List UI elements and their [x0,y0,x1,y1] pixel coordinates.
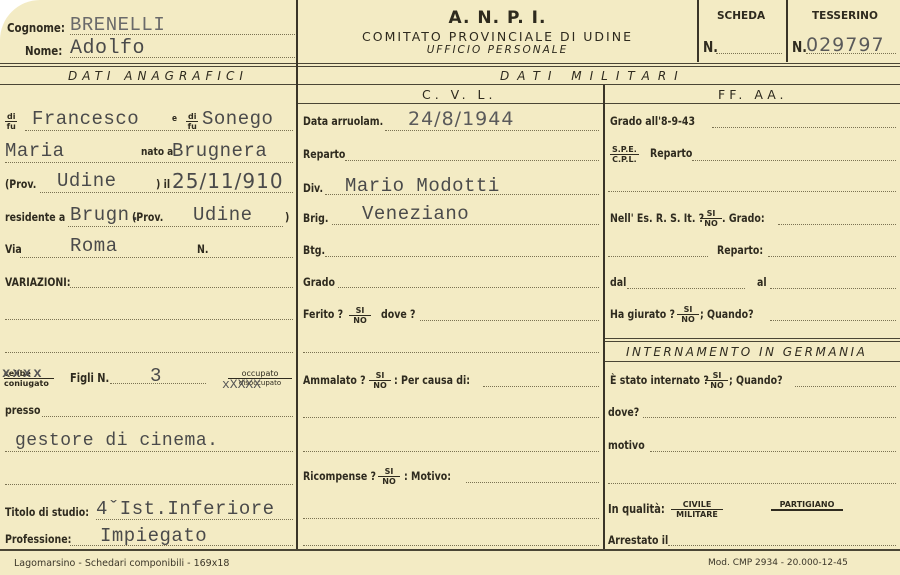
nato-label: nato a [141,145,173,158]
al-label: al [757,275,767,289]
dotline [303,451,599,452]
brig-value: Veneziano [362,203,469,225]
form-model-code: Mod. CMP 2934 - 20.000-12-45 [708,558,848,568]
presso-value: gestore di cinema. [15,431,218,451]
dotline [345,160,599,161]
scheda-dotline [716,53,782,54]
prov2-value: Udine [193,204,253,226]
professione-value: Impiegato [100,525,207,547]
cognome-dotline [70,34,295,35]
dotline [332,224,599,225]
data-arruolamento-label: Data arruolam. [303,114,383,128]
data-arruolamento-value: 24/8/1944 [408,108,514,130]
tesserino-n-label: N. [792,38,807,56]
reparto-label: Reparto [303,147,345,161]
dotline [5,484,293,485]
section-dati-militari: DATI MILITARI [500,69,686,83]
internato-si-no: SINO [706,371,728,390]
via-label: Via [5,242,22,256]
via-value: Roma [70,235,118,257]
civile-militare-fraction: CIVILE MILITARE [671,500,723,519]
prov2-close: ) [285,210,289,224]
dotline [643,417,896,418]
ricompense-label: Ricompense ? [303,469,376,483]
dotline [5,352,293,353]
div-label: Div. [303,181,323,195]
divider [697,0,699,62]
dotline [385,130,599,131]
giurato-label: Ha giurato ? [610,307,675,321]
di-fu-fraction: difu [5,112,17,131]
dove-label: dove ? [381,307,416,321]
residente-value: Brugn. [70,204,141,226]
dotline [70,287,293,288]
di-fu-fraction: difu [186,112,198,131]
dotline [608,256,708,257]
printer-credit: Lagomarsino - Schedari componibili - 169… [14,558,229,569]
disoccupato-strike: xXXXX [222,377,261,392]
dotline [608,483,896,484]
nome-dotline [70,57,295,58]
father-value: Francesco [32,108,139,130]
divider [786,0,788,62]
dotline [770,288,896,289]
btg-label: Btg. [303,243,325,257]
grado-8-9-43-label: Grado all'8-9-43 [610,114,695,128]
cognome-value: BRENELLI [70,14,165,36]
dotline [70,545,293,546]
section-ffaa: FF. AA. [718,87,788,102]
dotline [325,194,599,195]
dal-label: dal [610,275,626,289]
residente-label: residente a [5,210,65,224]
dotline [338,287,599,288]
civile-option: CIVILE [671,500,723,510]
motivo-internato-label: motivo [608,438,645,452]
militare-option: MILITARE [671,510,723,519]
dotline [303,545,599,546]
section-dati-anagrafici: DATI ANAGRAFICI [68,69,248,83]
rule [605,341,900,342]
grado-label: Grado [303,275,335,289]
rule [605,361,900,362]
ammalato-label: Ammalato ? [303,373,366,387]
celibe-strike: xxxx [2,366,44,382]
il-label: ) il [156,177,170,191]
dotline [627,288,745,289]
prov-label: (Prov. [5,177,36,191]
titolo-label: Titolo di studio: [5,505,89,519]
dotline [5,162,293,163]
rule [297,103,900,104]
qualita-label: In qualità: [608,502,665,516]
header-rule [0,63,900,64]
dotline [483,386,599,387]
dotline [20,257,293,258]
dotline [68,226,283,227]
rsi-grado-label: . Grado: [722,211,765,225]
ffaa-reparto-label: Reparto [650,146,692,160]
header-rule [0,66,900,67]
ammalato-si-no: SINO [369,371,391,390]
org-header: A. N. P. I. COMITATO PROVINCIALE DI UDIN… [300,8,695,56]
cognome-label: Cognome: [7,20,65,35]
section-internamento: INTERNAMENTO IN GERMANIA [626,345,867,359]
dotline [110,383,206,384]
anpi-record-card: Cognome: BRENELLI Nome: Adolfo A. N. P. … [0,0,900,575]
dotline [770,320,896,321]
column-divider [296,0,298,550]
brig-label: Brig. [303,211,328,225]
prov-value: Udine [57,170,117,192]
per-causa-label: : Per causa di: [394,373,470,387]
occupation-status: occupato disoccupato xXXXX [228,369,292,387]
internato-quando-label: ; Quando? [729,373,783,387]
celibe-option: celibe xxxx [4,369,54,379]
ricompense-si-no: SINO [378,467,400,486]
presso-label: presso [5,403,41,417]
scheda-label: SCHEDA [717,10,765,22]
ferito-label: Ferito ? [303,307,343,321]
figli-label: Figli N. [70,371,109,385]
dotline [420,320,599,321]
dotline [692,160,896,161]
footer-rule [0,549,900,551]
dotline [42,416,293,417]
partigiano-option: PARTIGIANO [771,500,843,511]
dove-internato-label: dove? [608,405,639,419]
nome-label: Nome: [25,43,62,58]
dotline [5,451,293,452]
rule [605,338,900,339]
section-cvl: C. V. L. [422,87,497,102]
dotline [325,256,599,257]
rsi-reparto-label: Reparto: [717,243,763,257]
dotline [5,319,293,320]
dotline [795,386,896,387]
mother-name-value: Maria [5,140,65,162]
dotline [712,127,896,128]
giurato-quando-label: ; Quando? [700,307,754,321]
dotline [25,130,293,131]
org-office: UFFICIO PERSONALE [300,44,695,56]
dotline [778,224,896,225]
dotline [96,519,293,520]
dotline [303,352,599,353]
titolo-value: 4ˇIst.Inferiore [96,498,275,520]
e-label: e [172,114,177,124]
marital-status: celibe xxxx coniugato [4,369,54,388]
dotline [650,451,896,452]
internato-label: È stato internato ? [610,373,709,387]
dotline [768,256,896,257]
rule [0,84,900,85]
professione-label: Professione: [5,532,71,546]
variazioni-label: VARIAZIONI: [5,275,71,289]
prov2-label: (Prov. [132,210,163,224]
org-subtitle: COMITATO PROVINCIALE DI UDINE [300,29,695,44]
n-label: N. [197,242,208,256]
mother-surname-value: Sonego [202,108,273,130]
birthplace-value: Brugnera [172,140,267,162]
tesserino-label: TESSERINO [812,10,878,22]
tesserino-dotline [806,53,896,54]
column-divider [603,85,605,550]
disoccupato-option: disoccupato xXXXX [228,379,292,387]
dotline [303,417,599,418]
birthdate-value: 25/11/910 [172,169,284,193]
arrestato-label: Arrestato il [608,533,668,547]
giurato-si-no: SINO [677,305,699,324]
org-title: A. N. P. I. [300,8,695,28]
dotline [40,192,293,193]
dotline [303,518,599,519]
rsi-si-no: SINO [700,209,722,228]
dotline [608,191,896,192]
ferito-si-no: SINO [349,306,371,325]
dotline [466,482,599,483]
motivo-label: : Motivo: [404,469,451,483]
rsi-label: Nell' Es. R. S. It. ? [610,211,704,225]
dotline [668,545,896,546]
spe-cpl-fraction: S.P.E.C.P.L. [610,145,639,164]
